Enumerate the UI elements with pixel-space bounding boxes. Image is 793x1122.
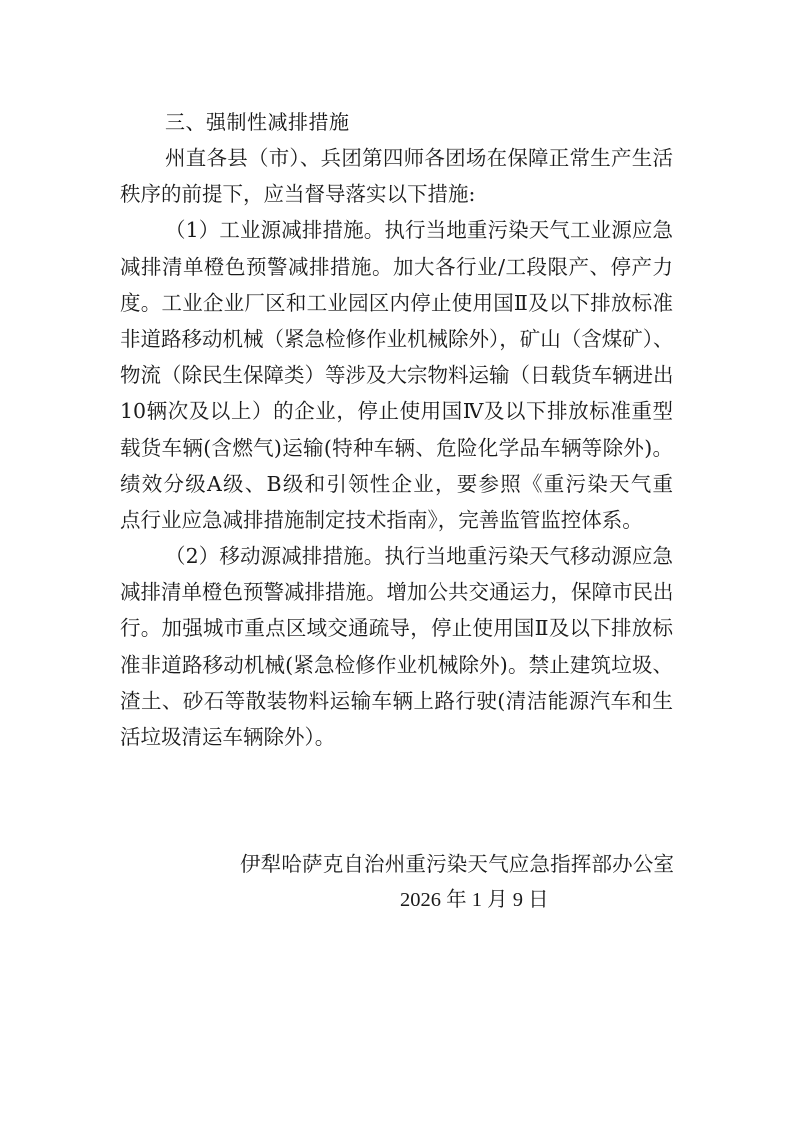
- measure-1-line: 非道路移动机械（紧急检修作业机械除外），矿山（含煤矿）、: [120, 321, 673, 357]
- measure-industrial-paragraph: （1）工业源减排措施。执行当地重污染天气工业源应急 减排清单橙色预警减排措施。加…: [120, 212, 673, 538]
- measure-1-line: 绩效分级A级、B级和引领性企业，要参照《重污染天气重: [120, 466, 673, 502]
- measure-1-line: 载货车辆(含燃气)运输(特种车辆、危险化学品车辆等除外)。: [120, 430, 673, 466]
- measure-2-line: 行。加强城市重点区域交通疏导，停止使用国Ⅱ及以下排放标: [120, 610, 673, 646]
- issuer-signature: 伊犁哈萨克自治州重污染天气应急指挥部办公室: [240, 846, 674, 882]
- intro-paragraph: 州直各县（市）、兵团第四师各团场在保障正常生产生活 秩序的前提下，应当督导落实以…: [120, 140, 673, 212]
- measure-2-line: 减排清单橙色预警减排措施。增加公共交通运力，保障市民出: [120, 574, 673, 610]
- issue-date: 2026 年 1 月 9 日: [400, 882, 549, 918]
- measure-2-line: （2）移动源减排措施。执行当地重污染天气移动源应急: [120, 538, 673, 574]
- measure-mobile-paragraph: （2）移动源减排措施。执行当地重污染天气移动源应急 减排清单橙色预警减排措施。增…: [120, 538, 673, 755]
- measure-2-line: 准非道路移动机械(紧急检修作业机械除外)。禁止建筑垃圾、: [120, 647, 673, 683]
- intro-line: 秩序的前提下，应当督导落实以下措施:: [120, 176, 673, 212]
- measure-1-line: 度。工业企业厂区和工业园区内停止使用国Ⅱ及以下排放标准: [120, 285, 673, 321]
- measure-1-line: 物流（除民生保障类）等涉及大宗物料运输（日载货车辆进出: [120, 357, 673, 393]
- measure-2-line: 活垃圾清运车辆除外）。: [120, 719, 673, 755]
- section-heading: 三、强制性减排措施: [120, 104, 673, 140]
- measure-1-line: 10辆次及以上）的企业，停止使用国Ⅳ及以下排放标准重型: [120, 393, 673, 429]
- document-body: 三、强制性减排措施 州直各县（市）、兵团第四师各团场在保障正常生产生活 秩序的前…: [120, 104, 673, 755]
- measure-1-line: 减排清单橙色预警减排措施。加大各行业/工段限产、停产力: [120, 249, 673, 285]
- measure-2-line: 渣土、砂石等散装物料运输车辆上路行驶(清洁能源汽车和生: [120, 683, 673, 719]
- intro-line: 州直各县（市）、兵团第四师各团场在保障正常生产生活: [120, 140, 673, 176]
- measure-1-line: （1）工业源减排措施。执行当地重污染天气工业源应急: [120, 212, 673, 248]
- measure-1-line: 点行业应急减排措施制定技术指南》，完善监管监控体系。: [120, 502, 673, 538]
